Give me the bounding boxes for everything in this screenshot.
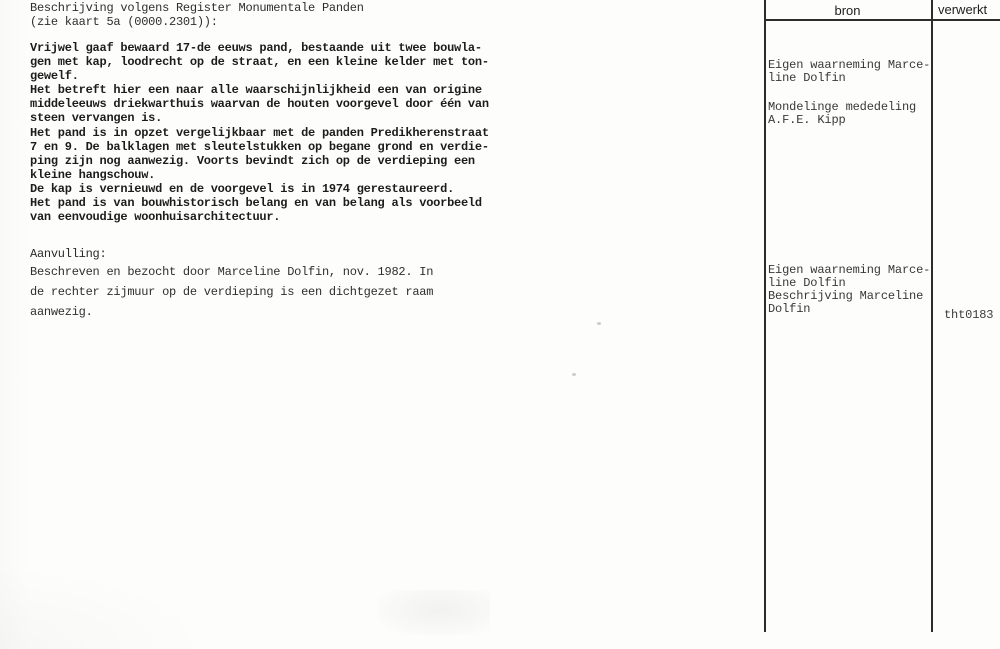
bron-entry-2: Mondelinge mededeling A.F.E. Kipp: [768, 101, 930, 127]
aanvulling-heading: Aanvulling:: [30, 247, 106, 261]
scan-speck: [597, 322, 601, 325]
document-title: Beschrijving volgens Register Monumental…: [30, 1, 364, 29]
aanvulling-body: Beschreven en bezocht door Marceline Dol…: [30, 262, 433, 322]
scan-speck: [572, 373, 576, 376]
verwerkt-code: tht0183: [944, 308, 993, 322]
table-column-divider: [931, 0, 933, 632]
column-header-bron: bron: [764, 3, 931, 18]
table-header-rule: [764, 19, 1000, 21]
column-header-verwerkt: verwerkt: [938, 2, 987, 17]
description-body: Vrijwel gaaf bewaard 17-de eeuws pand, b…: [30, 41, 489, 224]
scan-smudge: [378, 590, 490, 635]
bron-entry-1: Eigen waarneming Marce- line Dolfin: [768, 59, 930, 85]
scanned-document-page: Beschrijving volgens Register Monumental…: [0, 0, 1000, 649]
bron-entry-3: Eigen waarneming Marce- line Dolfin Besc…: [768, 264, 930, 316]
table-left-border: [764, 0, 766, 632]
